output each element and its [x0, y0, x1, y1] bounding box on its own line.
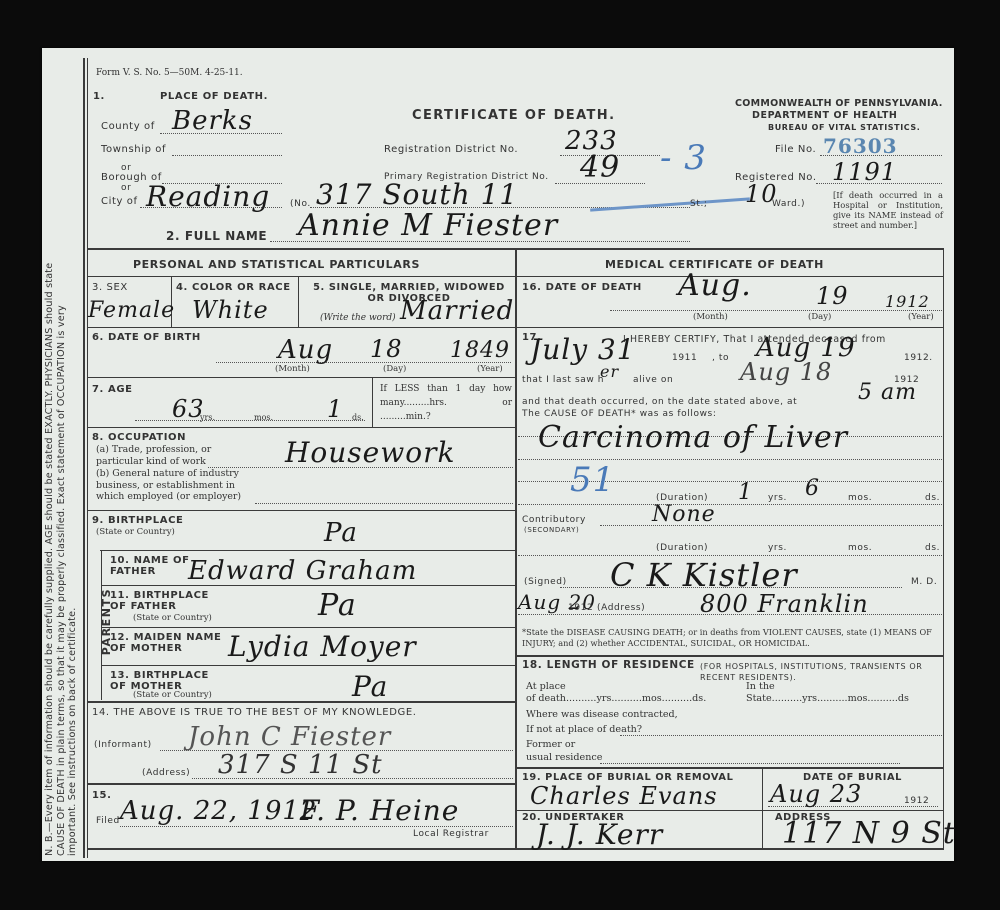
cause-of-death-value: Carcinoma of Liver [538, 420, 848, 455]
place-of-death-heading: PLACE OF DEATH. [160, 91, 268, 102]
signed-label: (Signed) [524, 577, 567, 587]
rule [101, 585, 515, 586]
rule [372, 377, 373, 427]
death-day-value: 19 [816, 282, 849, 310]
md-label: M. D. [911, 577, 937, 587]
margin-instructions: N. B.—Every item of information should b… [44, 60, 80, 856]
in-state-durations: State..........yrs..........mos.........… [746, 693, 909, 704]
age-months-unit: mos. [254, 413, 273, 422]
rule [88, 783, 515, 785]
in-the-label: In the [746, 681, 775, 692]
contributory-value: None [652, 502, 716, 527]
dob-year-value: 1849 [450, 338, 510, 363]
father-birthplace-hint: (State or Country) [133, 613, 212, 623]
birthplace-label: 9. BIRTHPLACE [92, 515, 183, 526]
primary-district-value: 49 [580, 150, 620, 185]
attended-to-label: , to [712, 353, 729, 363]
or-label-2: or [121, 183, 131, 193]
agency-line-2: DEPARTMENT OF HEALTH [752, 110, 897, 121]
rule [101, 627, 515, 628]
rule [516, 655, 944, 657]
death-day-caption: (Day) [808, 312, 831, 322]
agency-line-1: COMMONWEALTH OF PENNSYLVANIA. [735, 98, 943, 109]
ward-label: Ward.) [772, 199, 805, 209]
race-label: 4. COLOR OR RACE [176, 282, 291, 293]
local-registrar-signature: F. P. Heine [300, 794, 459, 827]
death-month-value: Aug. [678, 268, 752, 303]
mother-name-label: 12. MAIDEN NAME OF MOTHER [110, 632, 222, 654]
margin-note-line3: important. See instructions on back of c… [67, 60, 79, 856]
if-not-place-label: If not at place of death? [526, 724, 642, 735]
informant-statement: 14. THE ABOVE IS TRUE TO THE BEST OF MY … [92, 707, 417, 718]
mother-birthplace-hint: (State or Country) [133, 690, 212, 700]
rule [298, 277, 299, 327]
birthplace-value: Pa [324, 518, 358, 548]
section-1-number: 1. [93, 91, 105, 102]
rule [88, 276, 515, 277]
employer-line [255, 503, 513, 504]
mother-birthplace-label: 13. BIRTHPLACE OF MOTHER [110, 670, 210, 692]
duration-months-value: 6 [805, 476, 820, 501]
rule [101, 665, 515, 666]
occupation-value: Housework [285, 436, 455, 469]
city-value: Reading [146, 180, 270, 213]
rule [88, 377, 515, 378]
blue-district-annotation: - 3 [660, 138, 707, 178]
occupation-a-label: (a) Trade, profession, or particular kin… [96, 444, 256, 467]
right-border-rule [943, 250, 944, 850]
marital-status-value: Married [400, 296, 514, 326]
birthplace-hint: (State or Country) [96, 527, 175, 537]
sex-label: 3. SEX [92, 282, 128, 293]
duration-months-unit: mos. [848, 493, 872, 503]
secondary-label: (SECONDARY) [524, 526, 579, 534]
duration-years-unit: yrs. [768, 493, 787, 503]
left-border-rule [83, 58, 85, 858]
secondary-days-unit: ds. [925, 543, 940, 553]
rule [100, 550, 515, 551]
of-death-durations: of death..........yrs..........mos......… [526, 693, 706, 704]
duration-line [518, 504, 942, 505]
dob-day-caption: (Day) [383, 364, 406, 374]
time-of-death-value: 5 am [858, 380, 917, 405]
registration-district-label: Registration District No. [384, 144, 518, 155]
registered-number-value: 1191 [832, 158, 897, 186]
last-saw-pronoun: er [600, 362, 619, 381]
county-label: County of [101, 121, 155, 132]
margin-note-line2: CAUSE OF DEATH in plain terms, so that i… [56, 60, 68, 856]
date-of-death-label: 16. DATE OF DEATH [522, 282, 642, 293]
filed-date-value: Aug. 22, 1912 [120, 796, 317, 826]
secondary-years-unit: yrs. [768, 543, 787, 553]
hospital-note: [If death occurred in a Hospital or Inst… [833, 190, 943, 230]
father-name-value: Edward Graham [188, 556, 417, 586]
undertaker-value: J. J. Kerr [536, 818, 663, 851]
physician-address-label: (Address) [597, 603, 645, 613]
age-label: 7. AGE [92, 384, 133, 395]
father-name-label: 10. NAME OF FATHER [110, 555, 195, 577]
duration-years-value: 1 [738, 480, 753, 505]
sex-value: Female [88, 298, 175, 323]
race-value: White [192, 296, 269, 324]
occupation-b-label: (b) General nature of industry business,… [96, 468, 256, 503]
attended-from-year: 1911 [672, 353, 697, 363]
death-year-value: 1912 [885, 292, 930, 311]
signed-year-value: 1912 [568, 603, 593, 613]
center-divider [515, 250, 517, 850]
mother-name-value: Lydia Moyer [228, 630, 417, 663]
attended-from-value: July 31 [530, 333, 636, 366]
section-15-number: 15. [92, 790, 112, 801]
secondary-duration-label: (Duration) [656, 543, 708, 553]
cause-of-death-text: The CAUSE OF DEATH* was as follows: [522, 409, 716, 419]
street-value: 317 South 11 [316, 178, 518, 211]
residence-heading-note: (FOR HOSPITALS, INSTITUTIONS, TRANSIENTS… [700, 661, 940, 683]
street-suffix-label: St.; [690, 199, 708, 209]
where-contracted-label: Where was disease contracted, [526, 709, 678, 720]
undertaker-address-value: 117 N 9 St [782, 816, 956, 851]
rule [88, 701, 515, 703]
dob-day-value: 18 [370, 335, 403, 363]
certificate-title: CERTIFICATE OF DEATH. [412, 108, 615, 123]
rule [88, 327, 515, 328]
rule [516, 767, 944, 769]
attended-to-year: 1912. [904, 353, 933, 363]
less-than-day-note: If LESS than 1 day how many.........hrs.… [380, 382, 512, 424]
rule [88, 427, 515, 428]
burial-year-value: 1912 [904, 796, 929, 806]
burial-date-value: Aug 23 [770, 780, 862, 808]
full-name-value: Annie M Fiester [298, 208, 558, 243]
township-label: Township of [101, 144, 166, 155]
alive-on-label: alive on [633, 375, 673, 385]
dob-year-caption: (Year) [477, 364, 503, 374]
usual-residence-label: usual residence [526, 752, 602, 763]
duration-days-unit: ds. [925, 493, 940, 503]
agency-line-3: BUREAU OF VITAL STATISTICS. [768, 123, 920, 132]
personal-heading: PERSONAL AND STATISTICAL PARTICULARS [133, 258, 420, 271]
secondary-months-unit: mos. [848, 543, 872, 553]
county-value: Berks [172, 106, 253, 136]
death-occurred-text: and that death occurred, on the date sta… [522, 397, 797, 407]
occupation-label: 8. OCCUPATION [92, 432, 186, 443]
full-name-label: 2. FULL NAME [166, 229, 267, 243]
rule [516, 810, 944, 811]
last-saw-date: Aug 18 [740, 358, 832, 386]
township-line [172, 155, 282, 156]
physician-signature: C K Kistler [610, 556, 798, 594]
marital-status-hint: (Write the word) [320, 313, 396, 323]
filed-label: Filed [96, 816, 120, 826]
physician-address-value: 800 Franklin [700, 590, 869, 618]
age-days-value: 1 [327, 395, 343, 423]
death-month-caption: (Month) [693, 312, 728, 322]
city-label: City of [101, 196, 138, 207]
former-label: Former or [526, 739, 575, 750]
last-saw-label: that I last saw h [522, 375, 604, 385]
age-days-unit: ds. [352, 413, 364, 422]
rule [762, 769, 763, 849]
at-place-label: At place [526, 681, 566, 692]
residence-heading: 18. LENGTH OF RESIDENCE [522, 659, 695, 671]
mother-birthplace-value: Pa [352, 670, 388, 703]
death-year-caption: (Year) [908, 312, 934, 322]
file-number-value: 76303 [823, 134, 898, 158]
local-registrar-caption: Local Registrar [413, 829, 489, 839]
burial-place-value: Charles Evans [530, 782, 718, 810]
informant-value: John C Fiester [188, 722, 391, 752]
left-border-rule-inner [87, 58, 88, 858]
form-number: Form V. S. No. 5—50M. 4-25-11. [96, 68, 243, 78]
contributory-label: Contributory [522, 515, 586, 525]
cause-footnote: *State the DISEASE CAUSING DEATH; or in … [522, 627, 942, 649]
margin-note-line1: N. B.—Every item of information should b… [44, 60, 56, 856]
date-of-birth-label: 6. DATE OF BIRTH [92, 332, 201, 343]
file-number-label: File No. [775, 144, 816, 155]
age-years-unit: yrs. [200, 413, 215, 422]
contracted-line [620, 735, 942, 736]
father-birthplace-value: Pa [318, 588, 357, 623]
usual-residence-line [600, 763, 900, 764]
rule [516, 327, 944, 328]
informant-address-label: (Address) [142, 768, 190, 778]
father-birthplace-label: 11. BIRTHPLACE OF FATHER [110, 590, 210, 612]
informant-address-value: 317 S 11 St [218, 750, 383, 780]
dob-month-value: Aug [278, 335, 333, 365]
informant-label: (Informant) [94, 740, 152, 750]
rule [88, 510, 515, 511]
blue-cause-code: 51 [570, 460, 615, 500]
dob-month-caption: (Month) [275, 364, 310, 374]
